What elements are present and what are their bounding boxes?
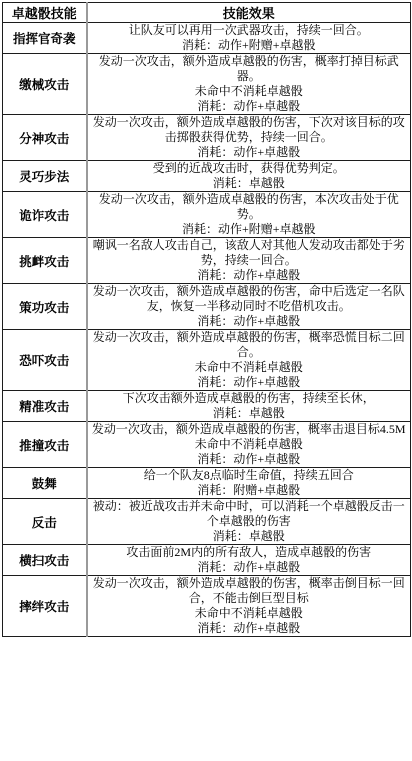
effect-line: 发动一次攻击，额外造成卓越骰的伤害，概率恐慌目标二回合。 [88, 330, 411, 360]
skill-name: 诡诈攻击 [3, 192, 87, 238]
skill-name: 鼓舞 [3, 468, 87, 499]
effect-line: 发动一次攻击，额外造成卓越骰的伤害，本次攻击处于优势。 [88, 192, 411, 222]
effect-line: 未命中不消耗卓越骰 [88, 84, 411, 99]
table-row: 分神攻击 发动一次攻击，额外造成卓越骰的伤害，下次对该目标的攻击掷骰获得优势，持… [3, 115, 411, 161]
skill-effect: 让队友可以再用一次武器攻击，持续一回合。消耗：动作+附赠+卓越骰 [87, 23, 411, 54]
effect-line: 给一个队友8点临时生命值，持续五回合 [88, 468, 411, 483]
effect-line: 攻击面前2M内的所有敌人，造成卓越骰的伤害 [88, 545, 411, 560]
effect-line: 受到的近战攻击时，获得优势判定。 [88, 161, 411, 176]
effect-line: 消耗：卓越骰 [88, 529, 411, 544]
effect-line: 消耗：动作+卓越骰 [88, 99, 411, 114]
skill-effect: 发动一次攻击，额外造成卓越骰的伤害，本次攻击处于优势。消耗：动作+附赠+卓越骰 [87, 192, 411, 238]
skill-name: 推撞攻击 [3, 422, 87, 468]
skill-effect: 发动一次攻击，额外造成卓越骰的伤害，概率恐慌目标二回合。未命中不消耗卓越骰消耗：… [87, 330, 411, 391]
skill-effect: 攻击面前2M内的所有敌人，造成卓越骰的伤害消耗：动作+卓越骰 [87, 545, 411, 576]
table-row: 指挥官奇袭 让队友可以再用一次武器攻击，持续一回合。消耗：动作+附赠+卓越骰 [3, 23, 411, 54]
table-row: 缴械攻击 发动一次攻击，额外造成卓越骰的伤害，概率打掉目标武器。未命中不消耗卓越… [3, 54, 411, 115]
effect-line: 发动一次攻击，额外造成卓越骰的伤害，命中后选定一名队友，恢复一半移动同时不吃借机… [88, 284, 411, 314]
effect-line: 被动：被近战攻击并未命中时，可以消耗一个卓越骰反击一个卓越骰的伤害 [88, 499, 411, 529]
effect-line: 消耗：动作+卓越骰 [88, 621, 411, 636]
skill-effect: 发动一次攻击，额外造成卓越骰的伤害，概率打掉目标武器。未命中不消耗卓越骰消耗：动… [87, 54, 411, 115]
effect-line: 未命中不消耗卓越骰 [88, 606, 411, 621]
effect-line: 消耗：动作+附赠+卓越骰 [88, 222, 411, 237]
skill-name: 缴械攻击 [3, 54, 87, 115]
skills-table: 卓越骰技能 技能效果 指挥官奇袭 让队友可以再用一次武器攻击，持续一回合。消耗：… [2, 2, 411, 637]
table-row: 精准攻击 下次攻击额外造成卓越骰的伤害，持续至长休，消耗：卓越骰 [3, 391, 411, 422]
skill-effect: 发动一次攻击，额外造成卓越骰的伤害，命中后选定一名队友，恢复一半移动同时不吃借机… [87, 284, 411, 330]
effect-line: 未命中不消耗卓越骰 [88, 360, 411, 375]
table-row: 推撞攻击 发动一次攻击，额外造成卓越骰的伤害，概率击退目标4.5M未命中不消耗卓… [3, 422, 411, 468]
table-row: 反击 被动：被近战攻击并未命中时，可以消耗一个卓越骰反击一个卓越骰的伤害消耗：卓… [3, 499, 411, 545]
skill-effect: 受到的近战攻击时，获得优势判定。消耗：卓越骰 [87, 161, 411, 192]
skill-effect: 嘲讽一名敌人攻击自己，该敌人对其他人发动攻击都处于劣势，持续一回合。消耗：动作+… [87, 238, 411, 284]
skill-name: 分神攻击 [3, 115, 87, 161]
table-row: 策功攻击 发动一次攻击，额外造成卓越骰的伤害，命中后选定一名队友，恢复一半移动同… [3, 284, 411, 330]
effect-line: 发动一次攻击，额外造成卓越骰的伤害，下次对该目标的攻击掷骰获得优势，持续一回合。 [88, 115, 411, 145]
table-body: 指挥官奇袭 让队友可以再用一次武器攻击，持续一回合。消耗：动作+附赠+卓越骰 缴… [3, 23, 411, 637]
skill-name: 策功攻击 [3, 284, 87, 330]
effect-line: 未命中不消耗卓越骰 [88, 437, 411, 452]
effect-line: 消耗：动作+卓越骰 [88, 145, 411, 160]
effect-line: 消耗：动作+卓越骰 [88, 452, 411, 467]
skill-name: 摔绊攻击 [3, 576, 87, 637]
skill-effect: 发动一次攻击，额外造成卓越骰的伤害，下次对该目标的攻击掷骰获得优势，持续一回合。… [87, 115, 411, 161]
effect-line: 消耗：附赠+卓越骰 [88, 483, 411, 498]
table-row: 鼓舞 给一个队友8点临时生命值，持续五回合消耗：附赠+卓越骰 [3, 468, 411, 499]
effect-line: 嘲讽一名敌人攻击自己，该敌人对其他人发动攻击都处于劣势，持续一回合。 [88, 238, 411, 268]
effect-line: 消耗：动作+卓越骰 [88, 560, 411, 575]
table-row: 挑衅攻击 嘲讽一名敌人攻击自己，该敌人对其他人发动攻击都处于劣势，持续一回合。消… [3, 238, 411, 284]
skill-name: 反击 [3, 499, 87, 545]
skill-effect: 下次攻击额外造成卓越骰的伤害，持续至长休，消耗：卓越骰 [87, 391, 411, 422]
skill-name: 灵巧步法 [3, 161, 87, 192]
effect-line: 下次攻击额外造成卓越骰的伤害，持续至长休， [88, 391, 411, 406]
table-row: 诡诈攻击 发动一次攻击，额外造成卓越骰的伤害，本次攻击处于优势。消耗：动作+附赠… [3, 192, 411, 238]
header-effect-column: 技能效果 [87, 3, 411, 23]
table-row: 恐吓攻击 发动一次攻击，额外造成卓越骰的伤害，概率恐慌目标二回合。未命中不消耗卓… [3, 330, 411, 391]
skill-effect: 被动：被近战攻击并未命中时，可以消耗一个卓越骰反击一个卓越骰的伤害消耗：卓越骰 [87, 499, 411, 545]
skill-name: 精准攻击 [3, 391, 87, 422]
effect-line: 发动一次攻击，额外造成卓越骰的伤害，概率打掉目标武器。 [88, 54, 411, 84]
table-row: 灵巧步法 受到的近战攻击时，获得优势判定。消耗：卓越骰 [3, 161, 411, 192]
skill-name: 横扫攻击 [3, 545, 87, 576]
header-row: 卓越骰技能 技能效果 [3, 3, 411, 23]
skill-effect: 给一个队友8点临时生命值，持续五回合消耗：附赠+卓越骰 [87, 468, 411, 499]
skill-name: 恐吓攻击 [3, 330, 87, 391]
effect-line: 消耗：动作+附赠+卓越骰 [88, 38, 411, 53]
effect-line: 发动一次攻击，额外造成卓越骰的伤害，概率击退目标4.5M [88, 422, 411, 437]
effect-line: 消耗：卓越骰 [88, 406, 411, 421]
effect-line: 消耗：动作+卓越骰 [88, 314, 411, 329]
table-row: 横扫攻击 攻击面前2M内的所有敌人，造成卓越骰的伤害消耗：动作+卓越骰 [3, 545, 411, 576]
skill-effect: 发动一次攻击，额外造成卓越骰的伤害，概率击倒目标一回合，不能击倒巨型目标未命中不… [87, 576, 411, 637]
effect-line: 消耗：动作+卓越骰 [88, 268, 411, 283]
effect-line: 消耗：动作+卓越骰 [88, 375, 411, 390]
effect-line: 让队友可以再用一次武器攻击，持续一回合。 [88, 23, 411, 38]
effect-line: 消耗：卓越骰 [88, 176, 411, 191]
header-skill-column: 卓越骰技能 [3, 3, 87, 23]
skill-name: 挑衅攻击 [3, 238, 87, 284]
skill-effect: 发动一次攻击，额外造成卓越骰的伤害，概率击退目标4.5M未命中不消耗卓越骰消耗：… [87, 422, 411, 468]
effect-line: 发动一次攻击，额外造成卓越骰的伤害，概率击倒目标一回合，不能击倒巨型目标 [88, 576, 411, 606]
table-row: 摔绊攻击 发动一次攻击，额外造成卓越骰的伤害，概率击倒目标一回合，不能击倒巨型目… [3, 576, 411, 637]
skill-name: 指挥官奇袭 [3, 23, 87, 54]
